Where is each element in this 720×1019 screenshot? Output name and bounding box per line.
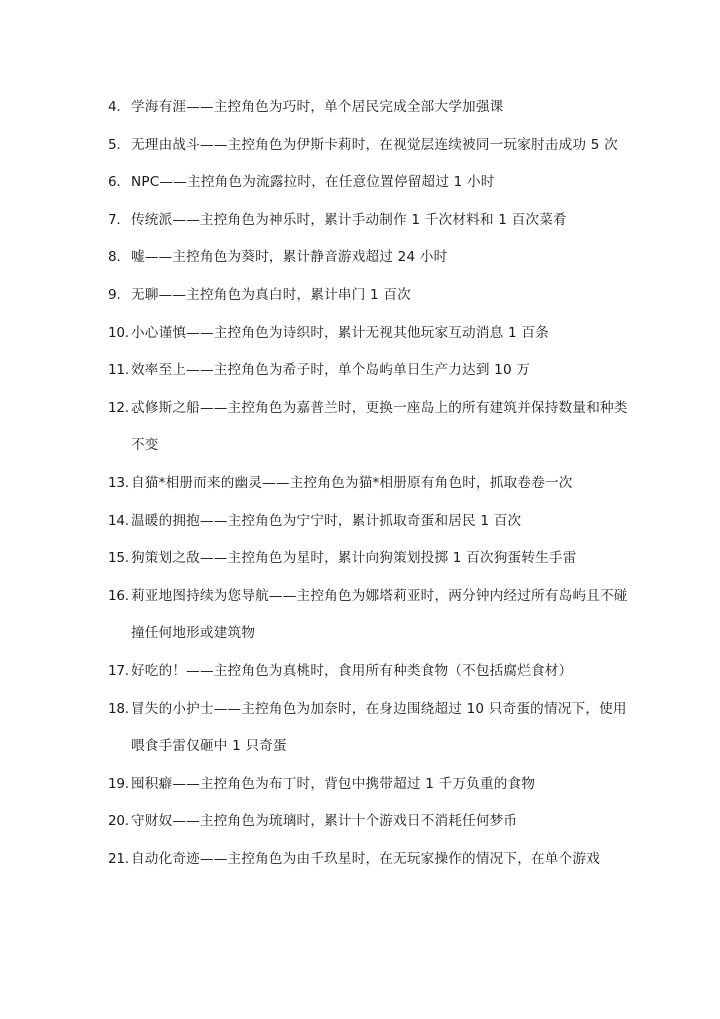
item-number: 19. bbox=[108, 766, 131, 804]
item-number: 15. bbox=[108, 540, 131, 578]
list-item: 5. 无理由战斗——主控角色为伊斯卡莉时，在视觉层连续被同一玩家肘击成功 5 次 bbox=[108, 127, 628, 165]
item-text: 传统派——主控角色为神乐时，累计手动制作 1 千次材料和 1 百次菜肴 bbox=[131, 202, 628, 240]
item-number: 21. bbox=[108, 841, 131, 879]
list-item: 9. 无聊——主控角色为真白时，累计串门 1 百次 bbox=[108, 277, 628, 315]
item-number: 11. bbox=[108, 352, 131, 390]
item-number: 5. bbox=[108, 127, 131, 165]
list-item: 11. 效率至上——主控角色为希子时，单个岛屿单日生产力达到 10 万 bbox=[108, 352, 628, 390]
list-item: 12. 忒修斯之船——主控角色为嘉普兰时，更换一座岛上的所有建筑并保持数量和种类… bbox=[108, 390, 628, 465]
list-item: 19. 囤积癖——主控角色为布丁时，背包中携带超过 1 千万负重的食物 bbox=[108, 766, 628, 804]
list-item: 17. 好吃的！——主控角色为真桃时，食用所有种类食物（不包括腐烂食材） bbox=[108, 653, 628, 691]
item-text: 小心谨慎——主控角色为诗织时，累计无视其他玩家互动消息 1 百条 bbox=[131, 315, 628, 353]
item-number: 7. bbox=[108, 202, 131, 240]
item-number: 18. bbox=[108, 691, 131, 729]
item-number: 12. bbox=[108, 390, 131, 428]
item-text: 莉亚地图持续为您导航——主控角色为娜塔莉亚时，两分钟内经过所有岛屿且不碰撞任何地… bbox=[131, 578, 628, 653]
item-text: 自动化奇迹——主控角色为由千玖星时，在无玩家操作的情况下，在单个游戏 bbox=[131, 841, 628, 879]
item-number: 6. bbox=[108, 164, 131, 202]
item-text: 囤积癖——主控角色为布丁时，背包中携带超过 1 千万负重的食物 bbox=[131, 766, 628, 804]
item-number: 20. bbox=[108, 803, 131, 841]
item-text: 自猫*相册而来的幽灵——主控角色为猫*相册原有角色时，抓取卷卷一次 bbox=[131, 465, 628, 503]
item-text: 守财奴——主控角色为琉璃时，累计十个游戏日不消耗任何梦币 bbox=[131, 803, 628, 841]
item-number: 9. bbox=[108, 277, 131, 315]
list-item: 8. 嘘——主控角色为葵时，累计静音游戏超过 24 小时 bbox=[108, 239, 628, 277]
list-item: 7. 传统派——主控角色为神乐时，累计手动制作 1 千次材料和 1 百次菜肴 bbox=[108, 202, 628, 240]
item-text: 冒失的小护士——主控角色为加奈时，在身边围绕超过 10 只奇蛋的情况下，使用喂食… bbox=[131, 691, 628, 766]
item-text: 温暖的拥抱——主控角色为宁宁时，累计抓取奇蛋和居民 1 百次 bbox=[131, 503, 628, 541]
list-item: 15. 狗策划之敌——主控角色为星时，累计向狗策划投掷 1 百次狗蛋转生手雷 bbox=[108, 540, 628, 578]
item-number: 14. bbox=[108, 503, 131, 541]
list-item: 16. 莉亚地图持续为您导航——主控角色为娜塔莉亚时，两分钟内经过所有岛屿且不碰… bbox=[108, 578, 628, 653]
item-text: 无理由战斗——主控角色为伊斯卡莉时，在视觉层连续被同一玩家肘击成功 5 次 bbox=[131, 127, 628, 165]
list-item: 21. 自动化奇迹——主控角色为由千玖星时，在无玩家操作的情况下，在单个游戏 bbox=[108, 841, 628, 879]
item-number: 8. bbox=[108, 239, 131, 277]
item-number: 16. bbox=[108, 578, 131, 616]
list-item: 6. NPC——主控角色为流露拉时，在任意位置停留超过 1 小时 bbox=[108, 164, 628, 202]
document-page: 4. 学海有涯——主控角色为巧时，单个居民完成全部大学加强课 5. 无理由战斗—… bbox=[0, 0, 720, 1019]
item-text: 嘘——主控角色为葵时，累计静音游戏超过 24 小时 bbox=[131, 239, 628, 277]
item-text: NPC——主控角色为流露拉时，在任意位置停留超过 1 小时 bbox=[131, 164, 628, 202]
item-text: 效率至上——主控角色为希子时，单个岛屿单日生产力达到 10 万 bbox=[131, 352, 628, 390]
item-number: 4. bbox=[108, 89, 131, 127]
item-number: 17. bbox=[108, 653, 131, 691]
item-text: 好吃的！——主控角色为真桃时，食用所有种类食物（不包括腐烂食材） bbox=[131, 653, 628, 691]
item-text: 狗策划之敌——主控角色为星时，累计向狗策划投掷 1 百次狗蛋转生手雷 bbox=[131, 540, 628, 578]
list-item: 13. 自猫*相册而来的幽灵——主控角色为猫*相册原有角色时，抓取卷卷一次 bbox=[108, 465, 628, 503]
item-text: 无聊——主控角色为真白时，累计串门 1 百次 bbox=[131, 277, 628, 315]
list-item: 14. 温暖的拥抱——主控角色为宁宁时，累计抓取奇蛋和居民 1 百次 bbox=[108, 503, 628, 541]
item-number: 10. bbox=[108, 315, 131, 353]
item-text: 忒修斯之船——主控角色为嘉普兰时，更换一座岛上的所有建筑并保持数量和种类不变 bbox=[131, 390, 628, 465]
achievement-list: 4. 学海有涯——主控角色为巧时，单个居民完成全部大学加强课 5. 无理由战斗—… bbox=[108, 89, 628, 878]
list-item: 4. 学海有涯——主控角色为巧时，单个居民完成全部大学加强课 bbox=[108, 89, 628, 127]
item-number: 13. bbox=[108, 465, 131, 503]
item-text: 学海有涯——主控角色为巧时，单个居民完成全部大学加强课 bbox=[131, 89, 628, 127]
list-item: 20. 守财奴——主控角色为琉璃时，累计十个游戏日不消耗任何梦币 bbox=[108, 803, 628, 841]
list-item: 10. 小心谨慎——主控角色为诗织时，累计无视其他玩家互动消息 1 百条 bbox=[108, 315, 628, 353]
list-item: 18. 冒失的小护士——主控角色为加奈时，在身边围绕超过 10 只奇蛋的情况下，… bbox=[108, 691, 628, 766]
